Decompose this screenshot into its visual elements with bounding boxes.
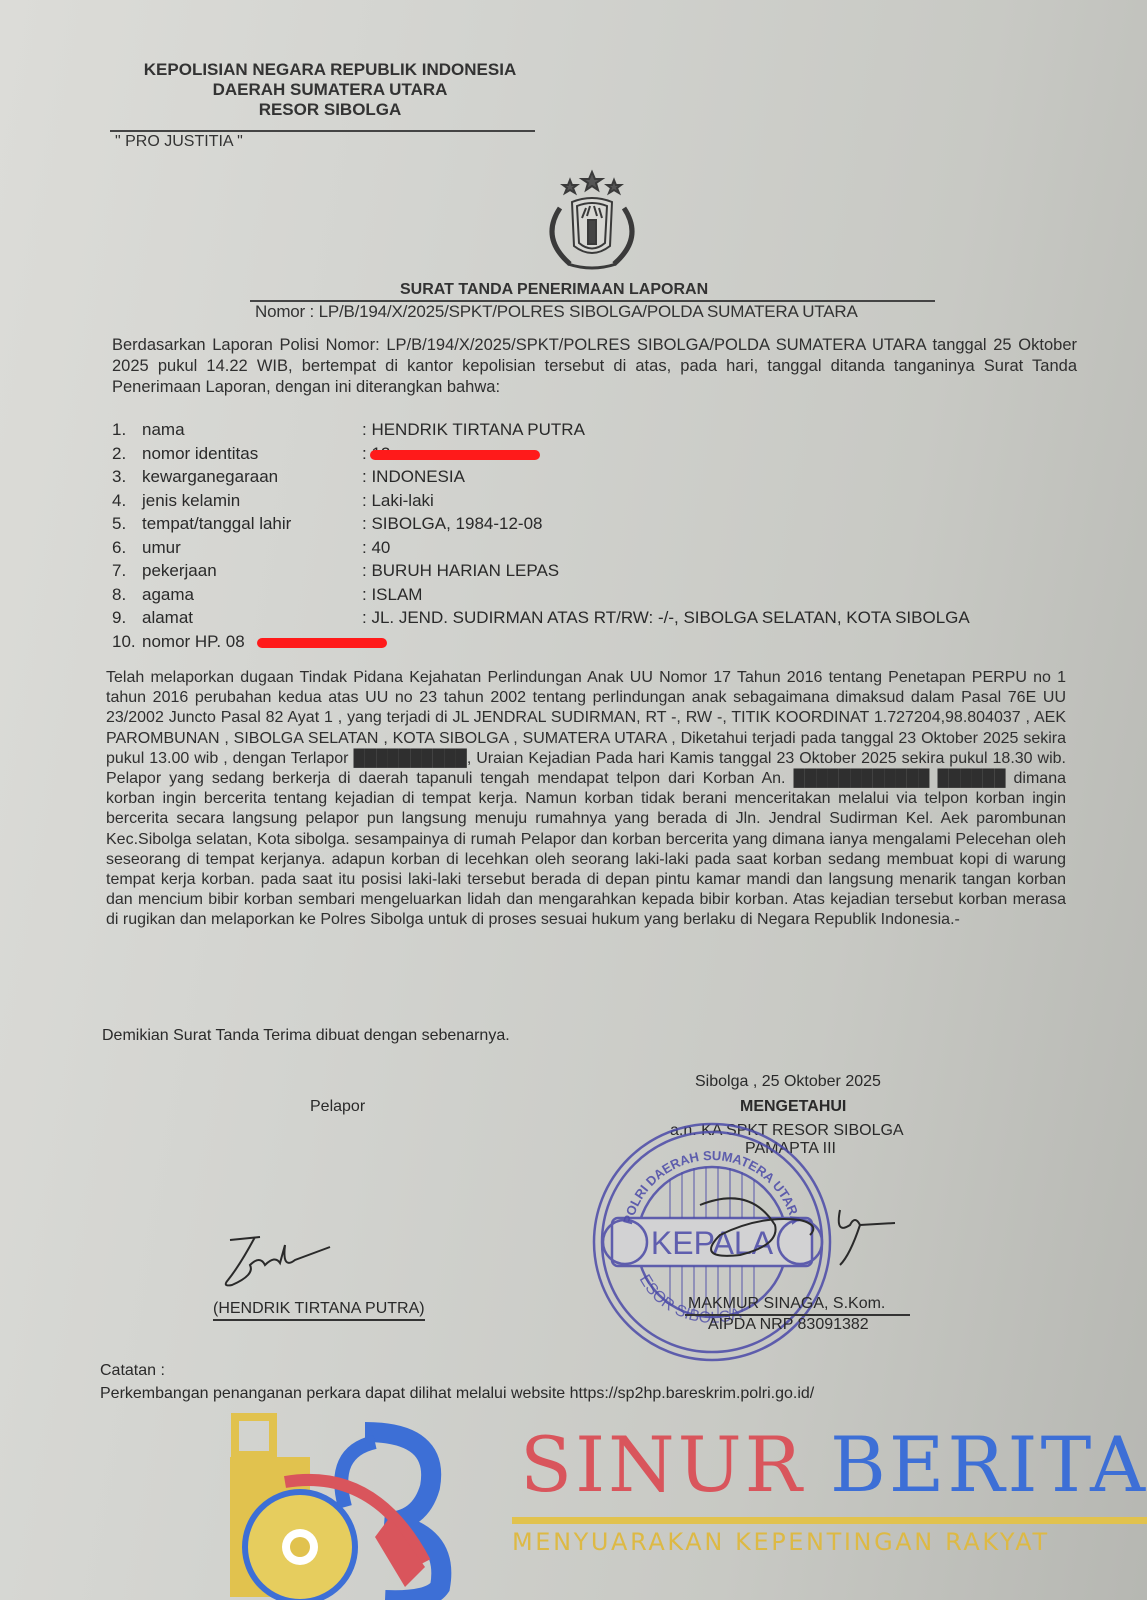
header-divider: [110, 130, 535, 132]
intro-paragraph: Berdasarkan Laporan Polisi Nomor: LP/B/1…: [112, 335, 1077, 398]
field-row-agama: 8. agama : ISLAM: [112, 585, 1062, 609]
brand-tagline: MENYUARAKAN KEPENTINGAN RAKYAT: [512, 1528, 1050, 1556]
reporter-signature: [220, 1225, 340, 1290]
field-number: 9.: [112, 608, 140, 628]
notes-text: Perkembangan penanganan perkara dapat di…: [100, 1385, 814, 1403]
field-number: 7.: [112, 561, 140, 581]
field-label: umur: [142, 538, 181, 558]
agency-line-3: RESOR SIBOLGA: [110, 100, 550, 120]
field-number: 2.: [112, 444, 140, 464]
field-label: pekerjaan: [142, 561, 217, 581]
field-label: nomor identitas: [142, 444, 258, 464]
report-number: Nomor : LP/B/194/X/2025/SPKT/POLRES SIBO…: [255, 302, 858, 322]
field-number: 8.: [112, 585, 140, 605]
field-number: 1.: [112, 420, 140, 440]
brand-name-part2: BERITA: [830, 1420, 1147, 1509]
officer-signature: [690, 1185, 900, 1275]
officer-nrp: AIPDA NRP 83091382: [708, 1316, 869, 1334]
field-number: 6.: [112, 538, 140, 558]
agency-line-2: DAERAH SUMATERA UTARA: [110, 80, 550, 100]
field-label: tempat/tanggal lahir: [142, 514, 291, 534]
place-date: Sibolga , 25 Oktober 2025: [695, 1073, 881, 1091]
reporter-name: (HENDRIK TIRTANA PUTRA): [213, 1300, 425, 1321]
field-value: : HENDRIK TIRTANA PUTRA: [362, 420, 585, 440]
field-value: : BURUH HARIAN LEPAS: [362, 561, 559, 581]
reporter-label: Pelapor: [310, 1098, 365, 1116]
agency-line-1: KEPOLISIAN NEGARA REPUBLIK INDONESIA: [110, 60, 550, 80]
field-label: kewarganegaraan: [142, 467, 278, 487]
field-label: nama: [142, 420, 185, 440]
field-number: 5.: [112, 514, 140, 534]
notes-label: Catatan :: [100, 1362, 165, 1380]
field-value: : ISLAM: [362, 585, 422, 605]
brand-divider: [512, 1517, 1147, 1524]
field-row-jenis-kelamin: 4. jenis kelamin : Laki-laki: [112, 491, 1062, 515]
field-row-alamat: 9. alamat : JL. JEND. SUDIRMAN ATAS RT/R…: [112, 608, 1062, 632]
officer-name: MAKMUR SINAGA, S.Kom.: [688, 1295, 885, 1313]
acknowledged-label: MENGETAHUI: [740, 1098, 846, 1116]
field-value: : SIBOLGA, 1984-12-08: [362, 514, 543, 534]
field-number: 3.: [112, 467, 140, 487]
brand-name-part1: SINUR: [520, 1420, 805, 1509]
field-label: alamat: [142, 608, 193, 628]
field-number: 4.: [112, 491, 140, 511]
field-row-nama: 1. nama : HENDRIK TIRTANA PUTRA: [112, 420, 1062, 444]
field-label: agama: [142, 585, 194, 605]
field-value: : Laki-laki: [362, 491, 434, 511]
incident-description: Telah melaporkan dugaan Tindak Pidana Ke…: [106, 668, 1066, 931]
document-title: SURAT TANDA PENERIMAAN LAPORAN: [400, 281, 708, 299]
field-value: : 40: [362, 538, 390, 558]
field-row-nomor-identitas: 2. nomor identitas : 12: [112, 444, 1062, 468]
field-row-tempat-tanggal-lahir: 5. tempat/tanggal lahir : SIBOLGA, 1984-…: [112, 514, 1062, 538]
pro-justitia: " PRO JUSTITIA ": [115, 133, 243, 151]
field-row-kewarganegaraan: 3. kewarganegaraan : INDONESIA: [112, 467, 1062, 491]
field-row-pekerjaan: 7. pekerjaan : BURUH HARIAN LEPAS: [112, 561, 1062, 585]
redaction-mark: [370, 450, 540, 460]
field-value: : INDONESIA: [362, 467, 465, 487]
field-label: nomor HP. 08: [142, 632, 245, 652]
polri-emblem-icon: [530, 168, 655, 278]
closing-statement: Demikian Surat Tanda Terima dibuat denga…: [102, 1027, 510, 1045]
redaction-mark: [257, 638, 387, 648]
field-row-nomor-hp: 10. nomor HP. 08: [112, 632, 1062, 656]
field-label: jenis kelamin: [142, 491, 240, 511]
field-value: : JL. JEND. SUDIRMAN ATAS RT/RW: -/-, SI…: [362, 608, 970, 628]
sinur-berita-logo-icon: [225, 1412, 505, 1600]
field-row-umur: 6. umur : 40: [112, 538, 1062, 562]
field-number: 10.: [112, 632, 140, 652]
agency-header: KEPOLISIAN NEGARA REPUBLIK INDONESIA DAE…: [110, 60, 550, 120]
reporter-identity-list: 1. nama : HENDRIK TIRTANA PUTRA 2. nomor…: [112, 420, 1062, 655]
